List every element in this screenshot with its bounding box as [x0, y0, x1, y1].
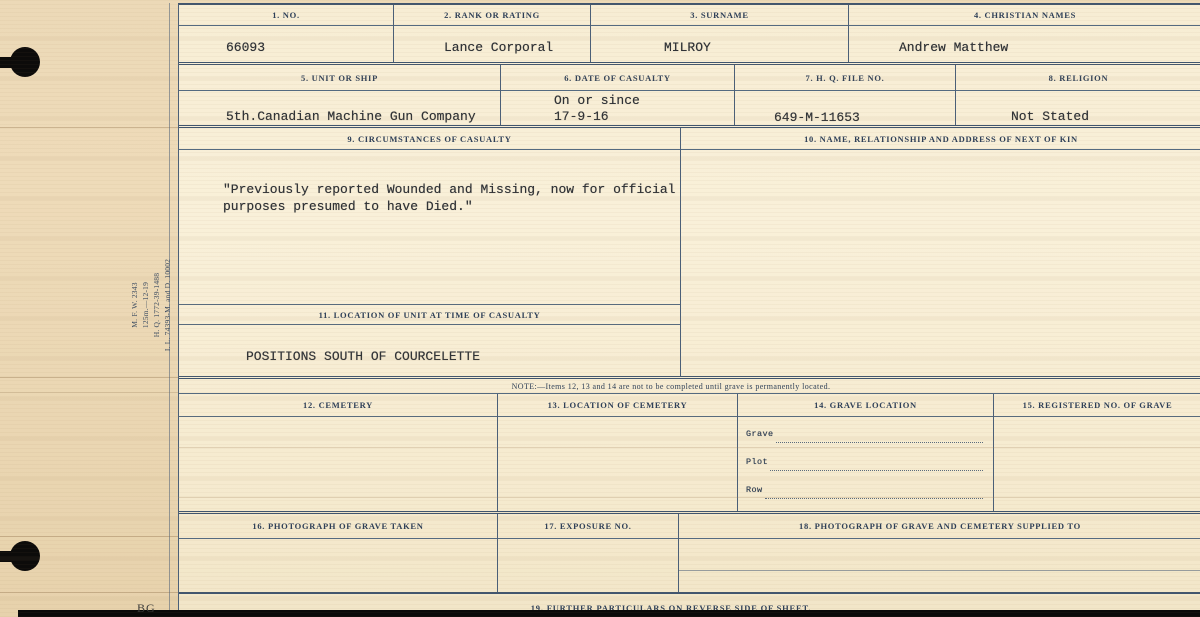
note-strip: NOTE:—Items 12, 13 and 14 are not to be … [179, 379, 1200, 394]
row-fields-1-4: 1. NO. 66093 2. RANK OR RATING Lance Cor… [179, 5, 1200, 65]
scan-streak [178, 497, 1200, 498]
scan-streak [178, 447, 1200, 448]
field-no: 1. NO. 66093 [179, 5, 394, 62]
field-circumstances-label: 9. CIRCUMSTANCES OF CASUALTY [179, 128, 680, 150]
field-rank: 2. RANK OR RATING Lance Corporal [394, 5, 591, 62]
field-religion: 8. RELIGION Not Stated [956, 65, 1200, 125]
field-surname: 3. SURNAME MILROY [591, 5, 849, 62]
field-registered-no: 15. REGISTERED NO. OF GRAVE [994, 394, 1200, 511]
field-photo-supplied-value [679, 539, 1200, 593]
field-exposure-no-label: 17. EXPOSURE NO. [498, 514, 678, 539]
margin-rule [0, 392, 178, 393]
field-photo-taken: 16. PHOTOGRAPH OF GRAVE TAKEN [179, 514, 498, 592]
field-unit-or-ship: 5. UNIT OR SHIP 5th.Canadian Machine Gun… [179, 65, 501, 125]
field-registered-no-label: 15. REGISTERED NO. OF GRAVE [994, 394, 1200, 417]
field-religion-label: 8. RELIGION [956, 65, 1200, 91]
field-cemetery-location-label: 13. LOCATION OF CEMETERY [498, 394, 737, 417]
scan-black-edge [18, 610, 1200, 617]
margin-rule [0, 127, 178, 128]
grave-line: Grave [746, 431, 983, 443]
field-date-of-casualty: 6. DATE OF CASUALTY On or since 17-9-16 [501, 65, 735, 125]
form-print-line: I. L. 74393-M. and D. 10002 [162, 246, 173, 364]
field-grave-location: 14. GRAVE LOCATION Grave Plot Row [738, 394, 994, 511]
row-fields-12-15: 12. CEMETERY 13. LOCATION OF CEMETERY 14… [179, 394, 1200, 514]
form-print-line: 125m.—12-19 [140, 246, 151, 364]
scanned-page-background: M. F. W. 2343 125m.—12-19 H. Q. 1772-39-… [0, 0, 1200, 617]
casualty-form-card: 1. NO. 66093 2. RANK OR RATING Lance Cor… [178, 3, 1200, 617]
form-print-code: M. F. W. 2343 125m.—12-19 H. Q. 1772-39-… [129, 246, 173, 364]
field-cemetery: 12. CEMETERY [179, 394, 498, 511]
dotted-leader [770, 461, 983, 471]
margin-rule [0, 592, 178, 593]
section-next-of-kin: 10. NAME, RELATIONSHIP AND ADDRESS OF NE… [681, 128, 1200, 376]
binder-hole-top [10, 47, 40, 77]
field-photo-taken-label: 16. PHOTOGRAPH OF GRAVE TAKEN [179, 514, 497, 539]
field-christian-names: 4. CHRISTIAN NAMES Andrew Matthew [849, 5, 1200, 62]
field-no-label: 1. NO. [179, 5, 393, 26]
field-cemetery-location: 13. LOCATION OF CEMETERY [498, 394, 738, 511]
field-hq-file-no: 7. H. Q. FILE NO. 649-M-11653 [735, 65, 956, 125]
entry-rule [679, 570, 1200, 571]
field-surname-label: 3. SURNAME [591, 5, 848, 26]
row-fields-16-18: 16. PHOTOGRAPH OF GRAVE TAKEN 17. EXPOSU… [179, 514, 1200, 594]
field-circumstances-value: "Previously reported Wounded and Missing… [179, 150, 680, 305]
field-christian-names-label: 4. CHRISTIAN NAMES [849, 5, 1200, 26]
dotted-leader [776, 433, 983, 443]
margin-rule [0, 536, 178, 537]
field-exposure-no: 17. EXPOSURE NO. [498, 514, 679, 592]
field-unit-label: 5. UNIT OR SHIP [179, 65, 500, 91]
form-print-line: H. Q. 1772-39-1488 [151, 246, 162, 364]
clerk-initials-stamp: BG [137, 601, 156, 616]
field-photo-supplied: 18. PHOTOGRAPH OF GRAVE AND CEMETERY SUP… [679, 514, 1200, 592]
form-print-line: M. F. W. 2343 [129, 246, 140, 364]
field-grave-location-label: 14. GRAVE LOCATION [738, 394, 993, 417]
field-rank-label: 2. RANK OR RATING [394, 5, 590, 26]
field-unit-location-value: POSITIONS SOUTH OF COURCELETTE [179, 325, 680, 378]
field-date-label: 6. DATE OF CASUALTY [501, 65, 734, 91]
section-circumstances: 9. CIRCUMSTANCES OF CASUALTY "Previously… [179, 128, 681, 376]
row-fields-5-8: 5. UNIT OR SHIP 5th.Canadian Machine Gun… [179, 65, 1200, 128]
binder-hole-bottom [10, 541, 40, 571]
card-left-rule [169, 3, 170, 610]
field-unit-location-label: 11. LOCATION OF UNIT AT TIME OF CASUALTY [179, 305, 680, 325]
row-fields-9-10-11: 9. CIRCUMSTANCES OF CASUALTY "Previously… [179, 128, 1200, 379]
field-cemetery-label: 12. CEMETERY [179, 394, 497, 417]
margin-rule [0, 377, 178, 378]
field-grave-location-value: Grave Plot Row [738, 417, 993, 513]
field-hq-file-label: 7. H. Q. FILE NO. [735, 65, 955, 91]
field-next-of-kin-label: 10. NAME, RELATIONSHIP AND ADDRESS OF NE… [681, 128, 1200, 150]
plot-line: Plot [746, 459, 983, 471]
note-text: NOTE:—Items 12, 13 and 14 are not to be … [512, 382, 831, 391]
field-photo-supplied-label: 18. PHOTOGRAPH OF GRAVE AND CEMETERY SUP… [679, 514, 1200, 539]
